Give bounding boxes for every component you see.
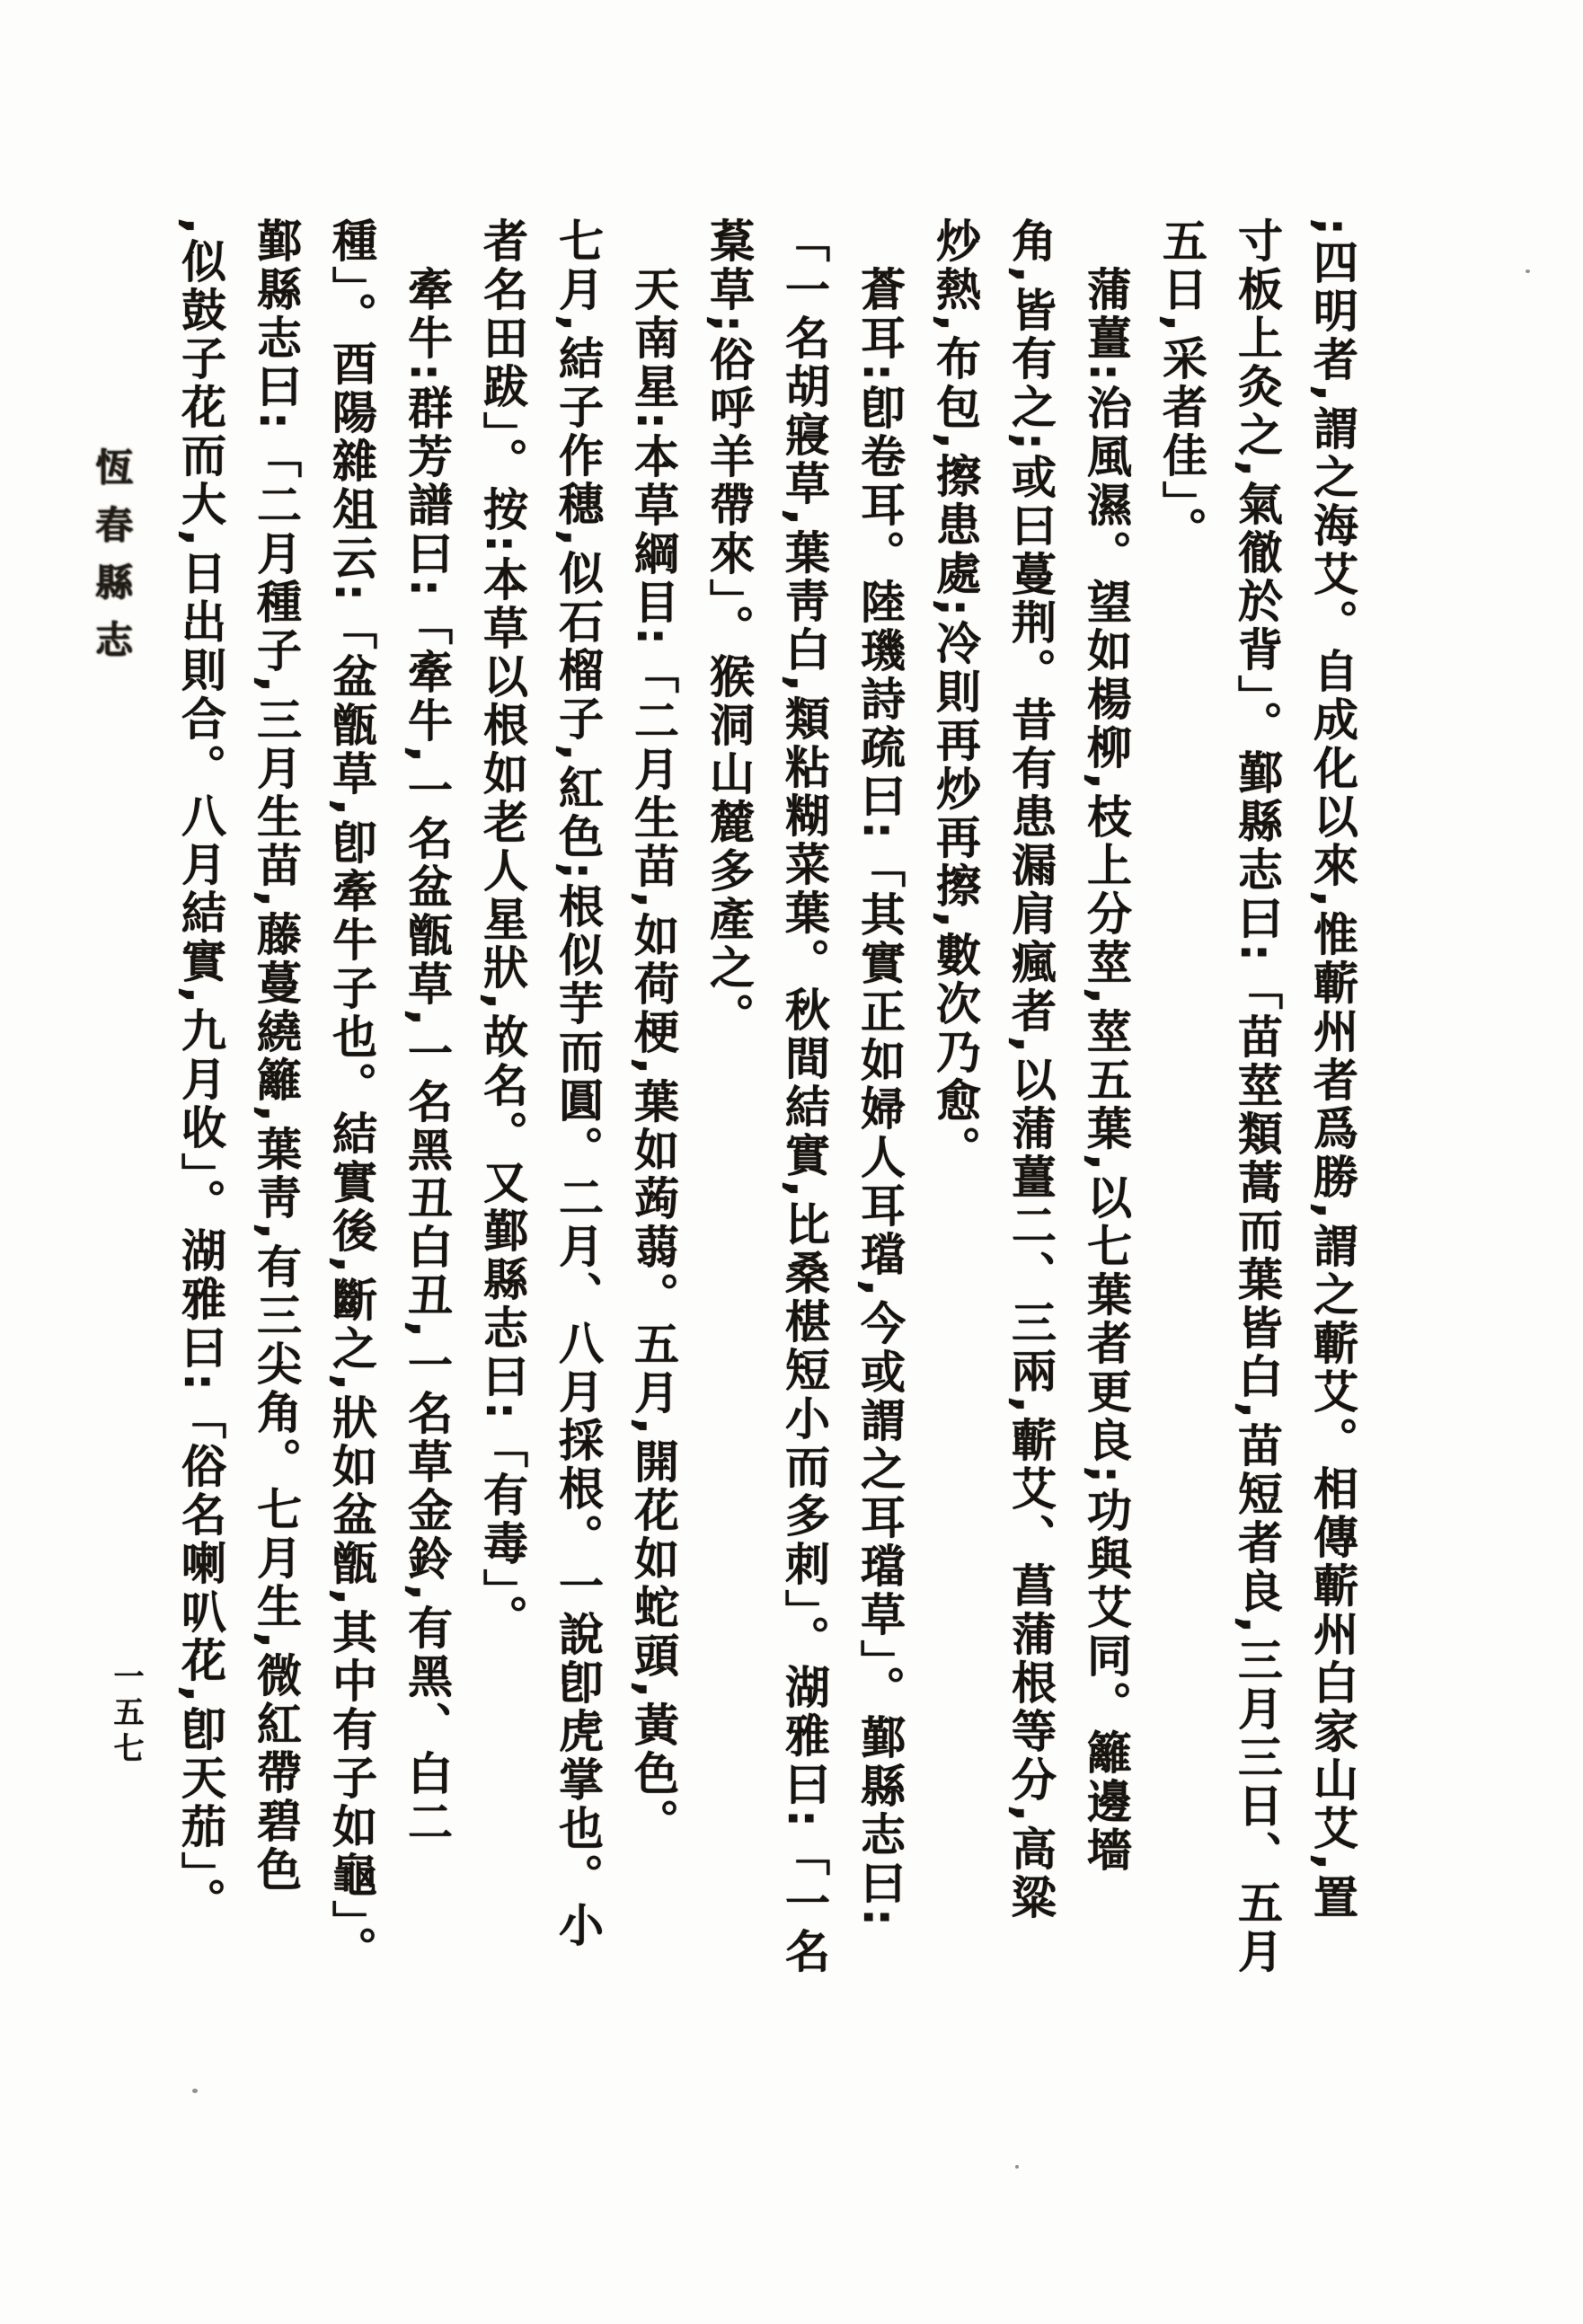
- text-column-9: 葈草;俗呼羊帶來」。猴洞山麓多產之。: [691, 217, 766, 2185]
- scan-speck: [1526, 270, 1530, 273]
- text-column-13: 牽牛:群芳譜曰:「牽牛,一名盆甑草,一名黑丑白丑,一名草金鈴,有黑、白二: [389, 217, 464, 2233]
- text-column-7: 蒼耳:卽卷耳。陸璣詩疏曰:「其實正如婦人耳璫,今或謂之耳璫草」。鄞縣志曰:: [842, 217, 917, 2233]
- text-column-12: 者名田跋」。按:本草以根如老人星狀,故名。又鄞縣志曰:「有毒」。: [464, 217, 540, 2185]
- text-column-6: 炒熱,布包,擦患處;冷則再炒再擦,數次乃愈。: [917, 217, 993, 2185]
- text-column-2: 寸板上灸之,氣徹於背」。鄞縣志曰:「苗莖類蒿而葉皆白,苗短者良,三月三日、五月: [1219, 217, 1295, 2185]
- text-column-8: 「一名胡寢草,葉靑白,類粘糊菜葉。秋間結實,比桑椹短小而多刺」。湖雅曰:「一名: [766, 217, 842, 2185]
- page-number: 一五七: [104, 1660, 148, 1768]
- scan-speck: [192, 2089, 198, 2093]
- text-column-5: 角,皆有之;或曰蔓荆。昔有患漏肩瘋者,以蒲薑二、三兩,蘄艾、菖蒲根等分,高粱: [993, 217, 1068, 2185]
- book-title-margin-label: 恆春縣志: [84, 447, 138, 677]
- scan-speck: [1015, 2165, 1019, 2169]
- text-column-4: 蒲薑:治風濕。望如楊柳,枝上分莖,莖五葉,以七葉者更良;功與艾同。籬邊墻: [1068, 217, 1144, 2233]
- text-column-16: ,似鼓子花而大,日出則合。八月結實,九月收」。湖雅曰:「俗名喇叭花,卽天茄」。: [163, 217, 238, 2185]
- book-page-scan: 恆春縣志 一五七 ;四明者,謂之海艾。自成化以來,惟蘄州者爲勝,謂之蘄艾。相傳蘄…: [0, 0, 1583, 2324]
- text-column-11: 七月,結子作穗,似石榴子,紅色;根似芋而圓。二月、八月採根。一說卽虎掌也。小: [540, 217, 615, 2185]
- text-column-10: 天南星:本草綱目:「二月生苗,如荷梗,葉如蒟蒻。五月,開花如蛇頭,黃色。: [615, 217, 691, 2233]
- text-column-1: ;四明者,謂之海艾。自成化以來,惟蘄州者爲勝,謂之蘄艾。相傳蘄州白家山艾,置: [1295, 217, 1370, 2185]
- text-column-15: 鄞縣志曰:「二月種子,三月生苗,藤蔓繞籬,葉靑,有三尖角。七月生,微紅帶碧色: [238, 217, 314, 2185]
- text-columns: ;四明者,謂之海艾。自成化以來,惟蘄州者爲勝,謂之蘄艾。相傳蘄州白家山艾,置寸板…: [163, 217, 1370, 2194]
- text-column-14: 種」。酉陽雜俎云:「盆甑草,卽牽牛子也。結實後,斷之,狀如盆甑,其中有子如龜」。: [314, 217, 389, 2185]
- text-column-3: 五日,采者佳」。: [1144, 217, 1219, 2185]
